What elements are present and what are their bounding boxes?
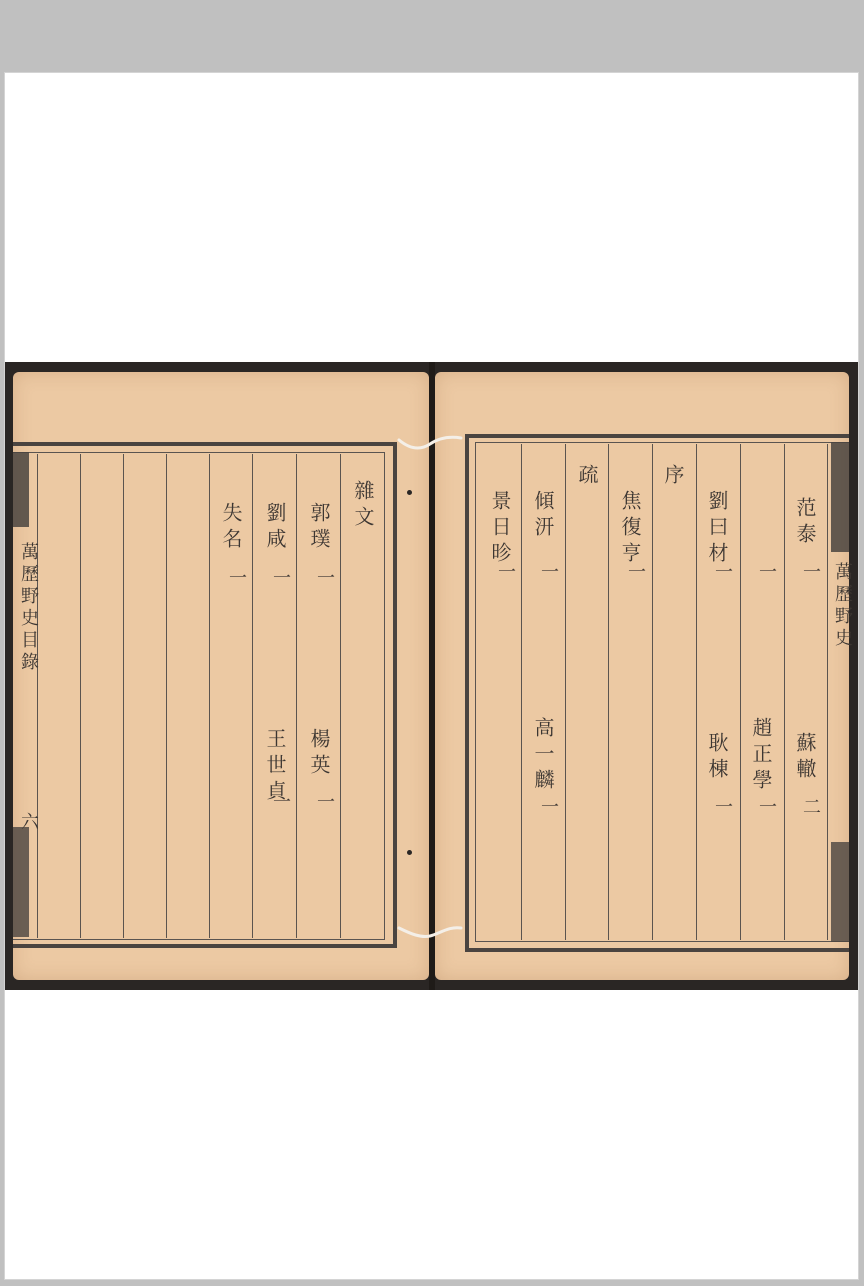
right-page: 萬歷野史 范泰 一 蘇轍 二 一 趙正學 一 劉曰材 一 耿棟 一 序 焦復亨 … bbox=[435, 372, 849, 980]
toc-entry: 高一麟 bbox=[533, 717, 553, 795]
toc-entry: 劉咸 bbox=[265, 502, 285, 554]
binding-thread-top bbox=[397, 432, 463, 454]
toc-entry: 傾汧 bbox=[533, 490, 553, 542]
section-heading-zawen: 雜文 bbox=[353, 480, 373, 532]
toc-entry: 失名 bbox=[221, 502, 241, 554]
toc-entry: 劉曰材 bbox=[707, 490, 727, 568]
section-heading-preface: 序 bbox=[663, 464, 683, 490]
toc-entry: 耿棟 bbox=[707, 732, 727, 784]
toc-entry: 蘇轍 bbox=[795, 732, 815, 784]
left-page: 萬歷野史目錄 六 雜文 郭璞 一 楊英 一 劉咸 一 王世貞 一 失名 一 bbox=[13, 372, 429, 980]
left-margin-page-number: 六 bbox=[15, 812, 41, 834]
toc-entry: 郭璞 bbox=[309, 502, 329, 554]
binding-hole bbox=[407, 490, 412, 495]
toc-entry: 景日昣 bbox=[490, 490, 510, 568]
right-margin-title: 萬歷野史 bbox=[829, 562, 855, 650]
toc-entry: 范泰 bbox=[795, 497, 815, 549]
toc-entry: 楊英 bbox=[309, 728, 329, 780]
left-margin-title: 萬歷野史目錄 bbox=[15, 542, 41, 674]
binding-hole bbox=[407, 850, 412, 855]
fishtail-ornament-top bbox=[831, 442, 849, 552]
toc-entry: 焦復亨 bbox=[620, 490, 640, 568]
binding-thread-bottom bbox=[397, 922, 463, 944]
section-heading-memorial: 疏 bbox=[577, 464, 597, 490]
fishtail-ornament-bottom bbox=[831, 842, 849, 942]
fishtail-ornament-bottom bbox=[13, 827, 29, 937]
toc-entry: 趙正學 bbox=[751, 717, 771, 795]
book-scan: 萬歷野史目錄 六 雜文 郭璞 一 楊英 一 劉咸 一 王世貞 一 失名 一 萬歷… bbox=[5, 362, 858, 990]
fishtail-ornament-top bbox=[13, 452, 29, 527]
